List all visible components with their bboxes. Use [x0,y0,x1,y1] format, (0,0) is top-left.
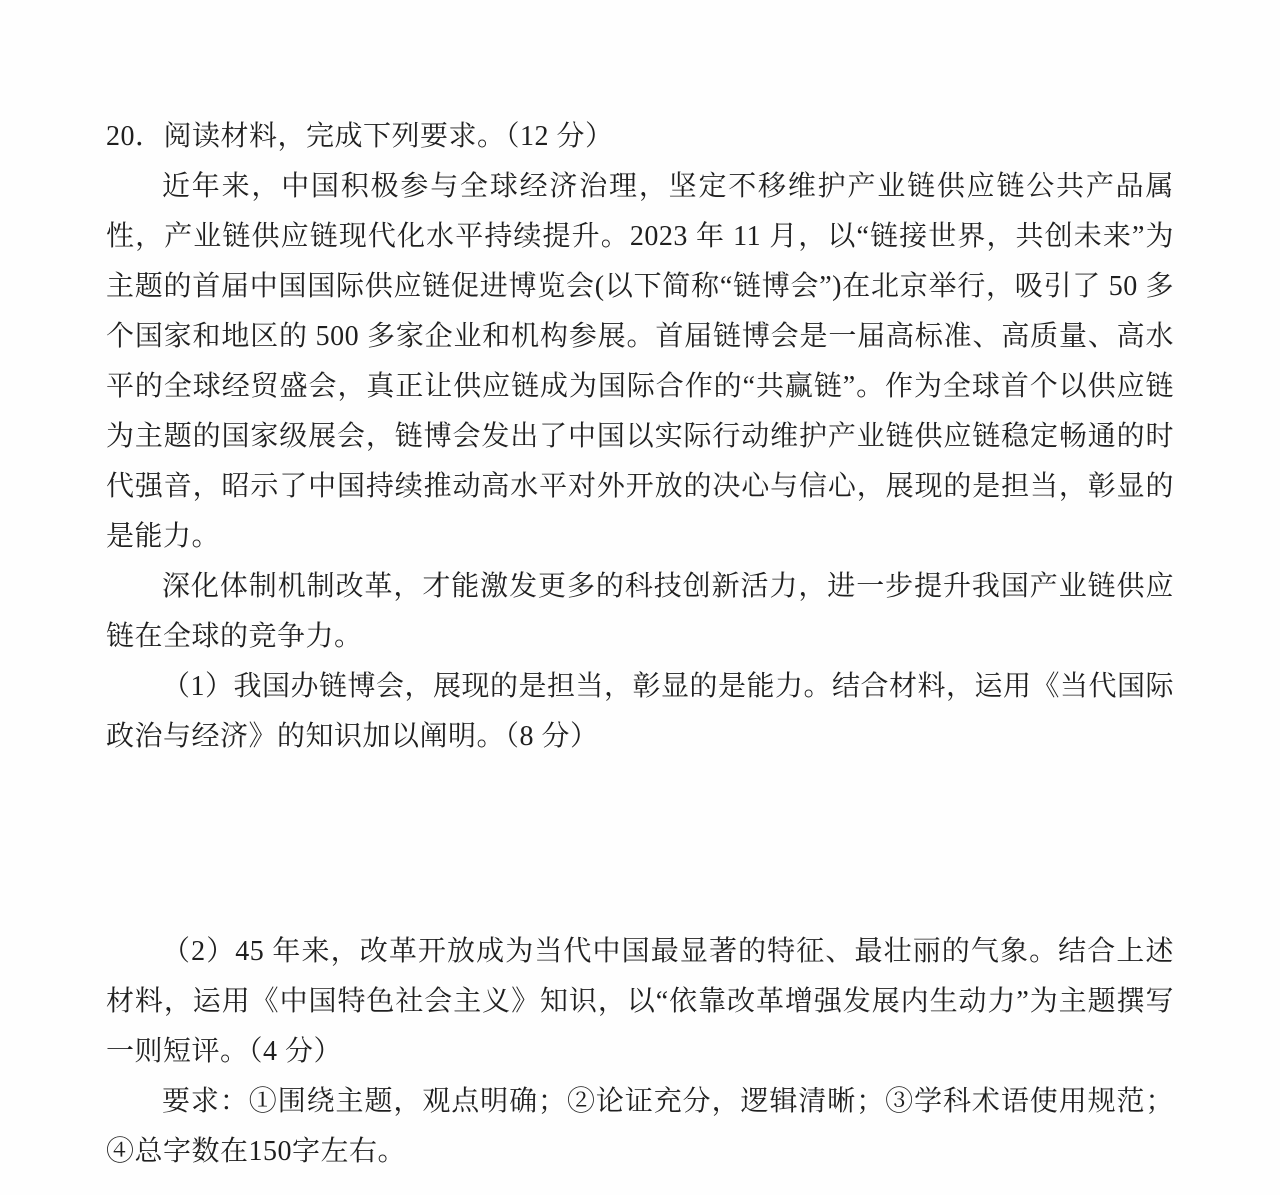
sub-question-2: （2）45 年来，改革开放成为当代中国最显著的特征、最壮丽的气象。结合上述材料，… [106,927,1174,1077]
material-paragraph-2: 深化体制机制改革，才能激发更多的科技创新活力，进一步提升我国产业链供应链在全球的… [106,562,1174,662]
exam-page: 20．阅读材料，完成下列要求。（12 分） 近年来，中国积极参与全球经济治理，坚… [0,0,1280,1195]
answer-requirements: 要求：①围绕主题，观点明确；②论证充分，逻辑清晰；③学科术语使用规范；④总字数在… [106,1077,1174,1177]
sub-question-1: （1）我国办链博会，展现的是担当，彰显的是能力。结合材料，运用《当代国际政治与经… [106,662,1174,762]
answer-space-blank [106,762,1174,927]
question-20-heading: 20．阅读材料，完成下列要求。（12 分） [106,112,1174,162]
material-paragraph-1: 近年来，中国积极参与全球经济治理，坚定不移维护产业链供应链公共产品属性，产业链供… [106,162,1174,562]
